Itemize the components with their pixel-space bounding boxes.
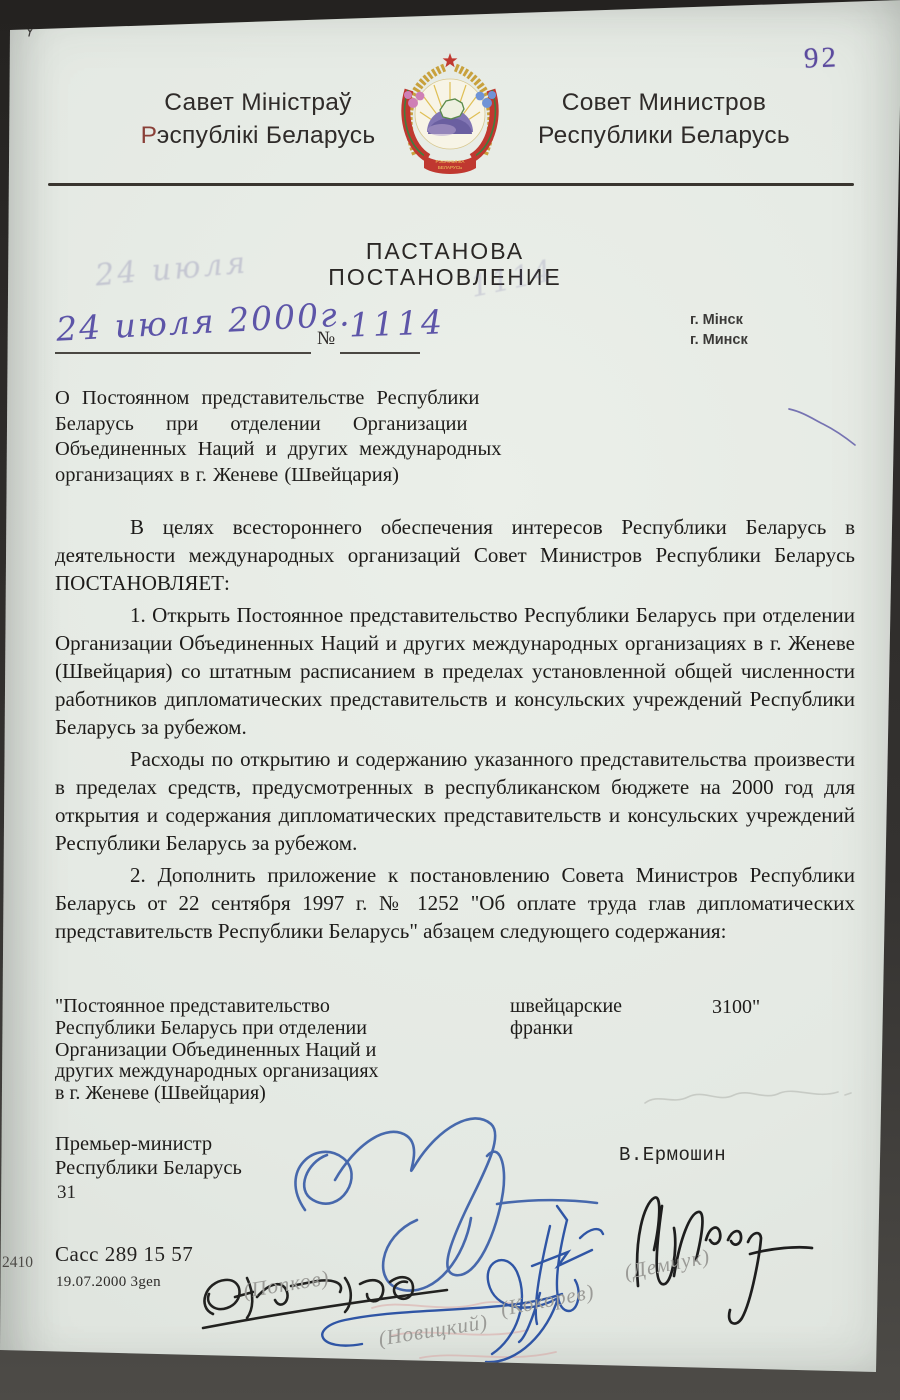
subject-line: Объединенных Наций и других международны… [55, 437, 560, 463]
annex-col2-line: швейцарские [510, 996, 680, 1018]
footer-date-note: 19.07.2000 3gen [56, 1274, 161, 1291]
handwritten-number: 1114 [348, 302, 445, 344]
body-paragraph-2: 1. Открыть Постоянное представительство … [55, 601, 855, 741]
annex-col2-line: франки [510, 1018, 680, 1040]
annex-amount-column: 3100" [712, 996, 760, 1019]
page-number-stamp: 92 [803, 41, 839, 75]
document-page: 92 Савет Міністраў Рэспублікі Беларусь [0, 0, 900, 1400]
org-ru-line2: Республики Беларусь [518, 119, 810, 152]
signer-name: В.Ермошин [619, 1144, 726, 1166]
subject-line: организациях в г. Женеве (Швейцария) [55, 463, 560, 489]
faint-pencil-note [640, 1083, 870, 1117]
org-name-belarusian: Савет Міністраў Рэспублікі Беларусь [88, 86, 428, 152]
number-sign: № [317, 328, 335, 350]
org-be-line1: Савет Міністраў [88, 86, 428, 119]
place-russian: г. Минск [690, 330, 748, 350]
org-be-line2: Рэспублікі Беларусь [88, 119, 428, 152]
footer-reference: Сасс 289 15 57 [55, 1242, 193, 1267]
body-paragraph-3: Расходы по открытию и содержанию указанн… [55, 745, 855, 857]
place-belarusian: г. Мінск [690, 310, 748, 330]
org-ru-line1: Совет Министров [518, 86, 810, 119]
body-paragraph-1: В целях всестороннего обеспечения интере… [55, 513, 855, 597]
post-line1: Премьер-министр [55, 1132, 242, 1156]
scanned-document: 92 Савет Міністраў Рэспублікі Беларусь [0, 0, 900, 1400]
handwritten-date: 24 июля 2000г. [55, 294, 352, 348]
place-block: г. Мінск г. Минск [690, 310, 748, 350]
org-name-russian: Совет Министров Республики Беларусь [518, 86, 810, 152]
subject-paragraph: О Постоянном представительстве Республик… [55, 386, 560, 488]
annex-col1-line: Республики Беларусь при отделении [55, 1018, 475, 1040]
annex-col1-line: других международных организациях [55, 1061, 475, 1083]
document-body: В целях всестороннего обеспечения интере… [55, 513, 855, 949]
annex-col1-line: Организации Объединенных Наций и [55, 1040, 475, 1062]
body-paragraph-4: 2. Дополнить приложение к постановлению … [55, 861, 855, 945]
number-underline [340, 352, 420, 354]
edge-archive-number: 2410 [2, 1254, 33, 1272]
header-divider [48, 183, 854, 186]
annex-currency-column: швейцарские франки [510, 996, 680, 1040]
emblem-caption-line2: БЕЛАРУСЬ [438, 165, 462, 170]
emblem-caption-line1: РЭСПУБЛІКА [436, 159, 466, 164]
date-underline [55, 352, 311, 354]
subject-line: Беларусь при отделении Организации [55, 412, 560, 438]
subject-line: О Постоянном представительстве Республик… [55, 386, 560, 412]
margin-note-31: 31 [57, 1182, 76, 1204]
stray-pen-stroke [785, 403, 860, 451]
annex-representation-column: "Постоянное представительство Республики… [55, 996, 475, 1105]
annex-col1-line: "Постоянное представительство [55, 996, 475, 1018]
signer-post: Премьер-министр Республики Беларусь [55, 1132, 242, 1180]
belarus-coat-of-arms-icon: РЭСПУБЛІКА БЕЛАРУСЬ [392, 52, 508, 176]
post-line2: Республики Беларусь [55, 1156, 242, 1180]
